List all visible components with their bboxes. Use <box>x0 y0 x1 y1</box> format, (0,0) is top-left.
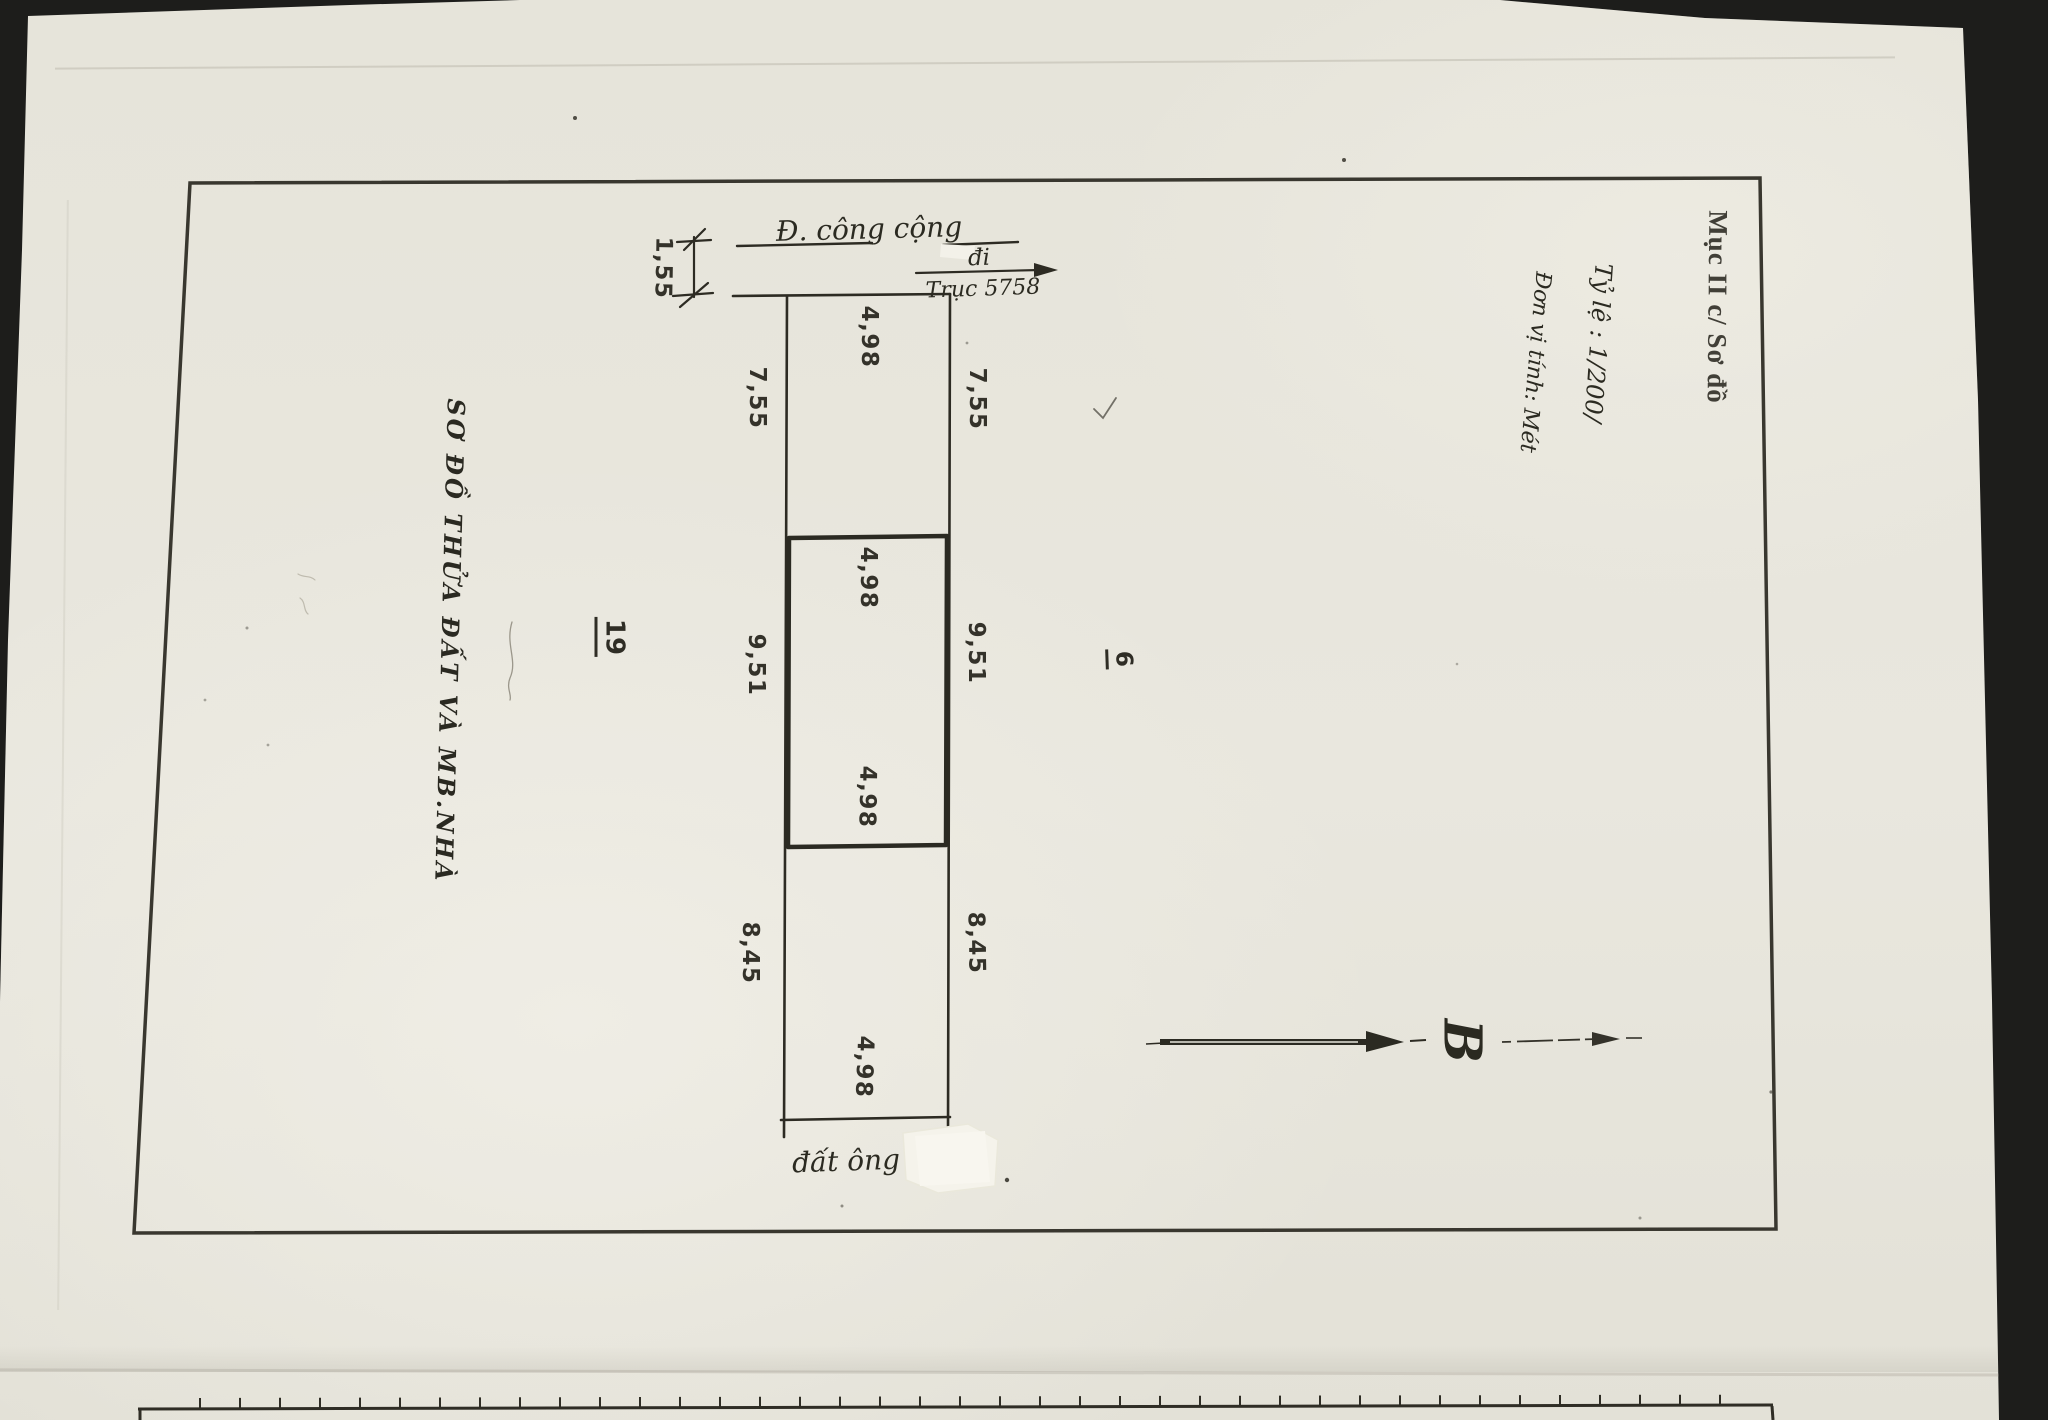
road-name: Đ. công cộng <box>775 210 962 248</box>
dim-house-depth-left: 9,51 <box>743 634 769 697</box>
adjacent-parcel-number: 6 <box>1105 648 1137 669</box>
north-arrow-dashed <box>1502 1032 1642 1046</box>
dim-house-depth-right: 9,51 <box>963 622 989 685</box>
dim-frontage-width: 4,98 <box>856 306 882 369</box>
dim-back-width: 4,98 <box>850 1035 878 1099</box>
dim-front-depth-left: 7,55 <box>744 367 770 430</box>
parcel-number: 19 <box>595 617 630 657</box>
dim-house-width-front: 4,98 <box>855 547 881 610</box>
road-axis-label: Trục 5758 <box>925 275 1040 304</box>
north-arrow-main <box>1146 1031 1426 1052</box>
north-label: B <box>1432 1019 1493 1063</box>
dim-front-depth-right: 7,55 <box>964 368 990 431</box>
dim-road-width: 1,55 <box>649 236 676 299</box>
dim-house-width-back: 4,98 <box>853 765 880 828</box>
dim-back-depth-right: 8,45 <box>962 911 989 974</box>
whiteout-patch-owner-name <box>903 1124 1009 1193</box>
paper-sheet: Mục II c/ Sơ đồ Tỷ lệ : 1/200/ Đơn vị tí… <box>0 0 2048 1420</box>
bottom-table-edge <box>138 1395 1773 1420</box>
road-width-dimension-ticks <box>673 229 713 307</box>
diagram-linework <box>0 0 2048 1420</box>
photo-background: Mục II c/ Sơ đồ Tỷ lệ : 1/200/ Đơn vị tí… <box>0 0 2048 1420</box>
section-label: Mục II c/ Sơ đồ <box>1701 210 1734 404</box>
dim-back-depth-left: 8,45 <box>737 922 763 985</box>
owner-note: đất ông <box>791 1143 900 1180</box>
road-direction-label: đi <box>968 245 991 272</box>
